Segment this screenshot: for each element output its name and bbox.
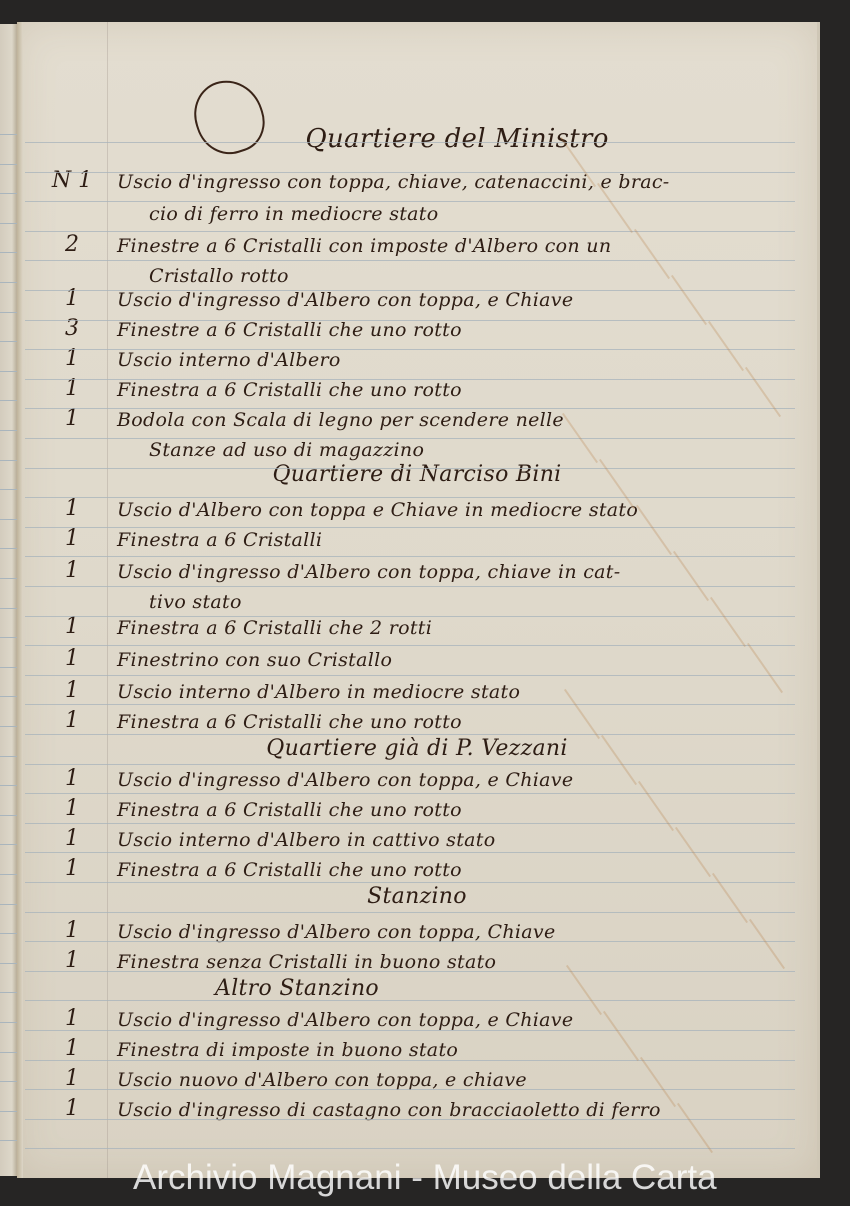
entry-text: Uscio d'Albero con toppa e Chiave in med… (117, 499, 638, 521)
entry-row: 1 Finestra a 6 Cristalli (17, 526, 817, 556)
ruled-line (0, 696, 17, 697)
ruled-line (25, 586, 795, 587)
entry-row: 1 Finestra a 6 Cristalli che 2 rotti (17, 614, 817, 644)
heading-text: Altro Stanzino (0, 976, 697, 1001)
ruled-line (0, 252, 17, 253)
ruled-line (0, 667, 17, 668)
ruled-line (0, 1081, 17, 1082)
ruled-line (25, 971, 795, 972)
ruled-line (0, 223, 17, 224)
entry-text: Finestra a 6 Cristalli che uno rotto (117, 799, 462, 821)
entry-row: 1 Finestra a 6 Cristalli che uno rotto (17, 376, 817, 406)
entry-text: Uscio interno d'Albero in cattivo stato (117, 829, 495, 851)
entry-text: Uscio interno d'Albero in mediocre stato (117, 681, 520, 703)
ruled-line (25, 142, 795, 143)
entry-text: Uscio d'ingresso d'Albero con toppa, e C… (117, 289, 573, 311)
ruled-line (0, 963, 17, 964)
ruled-line (0, 312, 17, 313)
ruled-line (25, 734, 795, 735)
ruled-line (0, 460, 17, 461)
quantity: 1 (37, 1096, 107, 1121)
ruled-line (0, 341, 17, 342)
ruled-line (25, 912, 795, 913)
ruled-line (25, 408, 795, 409)
entry-text: cio di ferro in mediocre stato (149, 203, 438, 225)
ruled-line (0, 371, 17, 372)
ruled-line (0, 548, 17, 549)
ruled-line (25, 823, 795, 824)
ruled-line (25, 1148, 795, 1149)
ruled-line (0, 578, 17, 579)
section-heading: Quartiere del Ministro (17, 130, 817, 160)
entry-text: Uscio d'ingresso d'Albero con toppa, chi… (117, 561, 620, 583)
ruled-line (0, 489, 17, 490)
ruled-line (0, 1022, 17, 1023)
heading-text: Quartiere già di P. Vezzani (17, 736, 817, 761)
entry-row: 2 Finestre a 6 Cristalli con imposte d'A… (17, 232, 817, 262)
entry-text: Uscio interno d'Albero (117, 349, 341, 371)
ruled-line (0, 874, 17, 875)
quantity: 1 (37, 766, 107, 791)
quantity: 2 (37, 232, 107, 257)
entry-text: Finestre a 6 Cristalli con imposte d'Alb… (117, 235, 611, 257)
entry-text: Finestra a 6 Cristalli che 2 rotti (117, 617, 432, 639)
entry-text: Uscio d'ingresso di castagno con braccia… (117, 1099, 661, 1121)
ruled-line (25, 616, 795, 617)
ruled-line (25, 290, 795, 291)
entry-text: Finestra a 6 Cristalli (117, 529, 322, 551)
ruled-line (25, 320, 795, 321)
quantity: 1 (37, 526, 107, 551)
entry-continuation: cio di ferro in mediocre stato (17, 200, 817, 230)
quantity: 1 (37, 1006, 107, 1031)
ruled-line (25, 1060, 795, 1061)
entry-row: 1 Finestra a 6 Cristalli che uno rotto (17, 796, 817, 826)
entry-row: 1 Finestra senza Cristalli in buono stat… (17, 948, 817, 978)
ruled-line (0, 1052, 17, 1053)
ruled-line (25, 172, 795, 173)
ruled-line (25, 260, 795, 261)
entry-text: Bodola con Scala di legno per scendere n… (117, 409, 564, 431)
ruled-line (25, 1089, 795, 1090)
ruled-line (0, 400, 17, 401)
ruled-line (25, 231, 795, 232)
heading-text: Quartiere di Narciso Bini (17, 462, 817, 487)
ruled-line (0, 1111, 17, 1112)
ruled-line (25, 941, 795, 942)
quantity: 1 (37, 558, 107, 583)
section-heading: Quartiere già di P. Vezzani (17, 736, 817, 766)
quantity: 1 (37, 1066, 107, 1091)
entry-text: Finestra senza Cristalli in buono stato (117, 951, 496, 973)
ruled-line (0, 726, 17, 727)
entry-row: 1 Uscio d'ingresso d'Albero con toppa, C… (17, 918, 817, 948)
ruled-line (25, 1119, 795, 1120)
ruled-line (0, 430, 17, 431)
entry-row: 1 Uscio interno d'Albero (17, 346, 817, 376)
quantity: 1 (37, 918, 107, 943)
ruled-line (0, 637, 17, 638)
ruled-line (0, 933, 17, 934)
ruled-line (25, 1030, 795, 1031)
ruled-line (0, 904, 17, 905)
entry-row: 1 Uscio nuovo d'Albero con toppa, e chia… (17, 1066, 817, 1096)
section-heading: Stanzino (17, 884, 817, 914)
ruled-line (25, 675, 795, 676)
ruled-line (0, 1140, 17, 1141)
entry-text: Finestra a 6 Cristalli che uno rotto (117, 859, 462, 881)
entry-text: Uscio d'ingresso d'Albero con toppa, e C… (117, 769, 573, 791)
quantity: 1 (37, 708, 107, 733)
ruled-line (25, 1000, 795, 1001)
quantity: 1 (37, 496, 107, 521)
ruled-line (0, 844, 17, 845)
quantity: 1 (37, 856, 107, 881)
manuscript-page: Quartiere del Ministro N 1 Uscio d'ingre… (17, 22, 820, 1178)
ruled-line (25, 438, 795, 439)
entry-text: Finestrino con suo Cristallo (117, 649, 392, 671)
ruled-line (0, 756, 17, 757)
quantity: 1 (37, 948, 107, 973)
quantity: 1 (37, 1036, 107, 1061)
entry-text: Uscio d'ingresso d'Albero con toppa, e C… (117, 1009, 573, 1031)
ruled-line (0, 519, 17, 520)
entry-row: 1 Uscio d'Albero con toppa e Chiave in m… (17, 496, 817, 526)
ruled-line (25, 704, 795, 705)
entry-row: 1 Finestrino con suo Cristallo (17, 646, 817, 676)
archive-watermark: Archivio Magnani - Museo della Carta (133, 1158, 717, 1198)
entry-row: 1 Finestra di imposte in buono stato (17, 1036, 817, 1066)
ruled-line (25, 882, 795, 883)
quantity: 1 (37, 646, 107, 671)
entry-text: Finestra di imposte in buono stato (117, 1039, 458, 1061)
entry-row: 1 Uscio d'ingresso d'Albero con toppa, e… (17, 766, 817, 796)
adjacent-page-edge (0, 24, 17, 1176)
ruled-line (25, 468, 795, 469)
ruled-line (0, 164, 17, 165)
entry-row: 1 Uscio d'ingresso d'Albero con toppa, e… (17, 1006, 817, 1036)
entry-text: Finestra a 6 Cristalli che uno rotto (117, 379, 462, 401)
ruled-line (25, 497, 795, 498)
entry-text: Uscio d'ingresso d'Albero con toppa, Chi… (117, 921, 556, 943)
entry-text: Uscio nuovo d'Albero con toppa, e chiave (117, 1069, 527, 1091)
entry-row: 1 Bodola con Scala di legno per scendere… (17, 406, 817, 436)
entry-row: 1 Uscio d'ingresso di castagno con bracc… (17, 1096, 817, 1126)
ruled-line (25, 349, 795, 350)
entry-text: Cristallo rotto (149, 265, 289, 287)
ruled-line (0, 282, 17, 283)
entry-text: Stanze ad uso di magazzino (149, 439, 424, 461)
entry-text: Finestre a 6 Cristalli che uno rotto (117, 319, 462, 341)
ruled-line (25, 852, 795, 853)
heading-text: Stanzino (17, 884, 817, 909)
entry-text: Finestra a 6 Cristalli che uno rotto (117, 711, 462, 733)
entry-text: tivo stato (149, 591, 242, 613)
quantity: 1 (37, 614, 107, 639)
quantity: 1 (37, 678, 107, 703)
ruled-line (0, 785, 17, 786)
ruled-line (25, 527, 795, 528)
ruled-line (0, 193, 17, 194)
section-heading: Quartiere di Narciso Bini (17, 462, 817, 492)
ruled-line (0, 134, 17, 135)
quantity: 1 (37, 796, 107, 821)
section-heading: Altro Stanzino (17, 976, 817, 1006)
ruled-line (25, 793, 795, 794)
quantity: 1 (37, 826, 107, 851)
heading-text: Quartiere del Ministro (197, 124, 717, 154)
ruled-line (25, 379, 795, 380)
ruled-line (0, 815, 17, 816)
ruled-line (25, 201, 795, 202)
ruled-line (0, 608, 17, 609)
ruled-line (25, 645, 795, 646)
quantity: 1 (37, 406, 107, 431)
ruled-line (25, 764, 795, 765)
